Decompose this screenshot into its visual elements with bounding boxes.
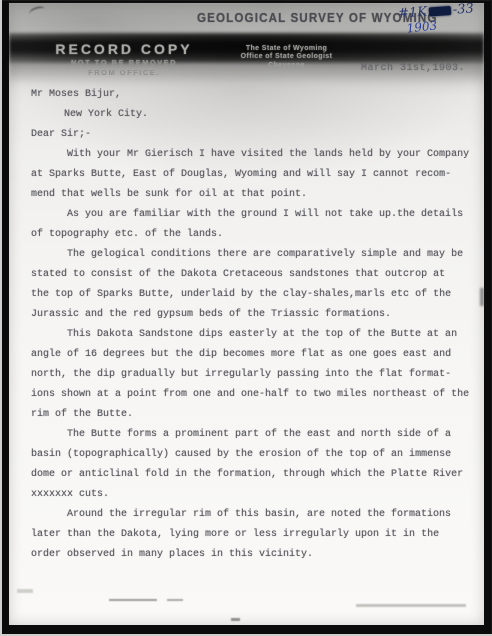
scan-streak <box>167 599 183 601</box>
recipient-name: Mr Moses Bijur, <box>31 85 468 105</box>
letter-line: This Dakota Sandstone dips easterly at t… <box>31 325 468 345</box>
letterhead-city: Cheyenne <box>234 62 339 69</box>
letter-line: xxxxxxx cuts. <box>31 485 468 505</box>
handwritten-annotation: #1K -33 1903 <box>398 4 474 34</box>
letterhead: The State of Wyoming Office of State Geo… <box>234 43 339 69</box>
letter-date: March 31st,1903. <box>361 63 465 74</box>
letter-line: The gelogical conditions there are compa… <box>31 245 468 265</box>
pen-squiggle-mark <box>28 5 46 19</box>
letter-line: stated to consist of the Dakota Cretaceo… <box>31 265 468 285</box>
stamp-line-3: FROM OFFICE. <box>39 68 209 77</box>
edge-smear <box>480 288 484 306</box>
letter-line: angle of 16 degrees but the dip becomes … <box>31 345 468 365</box>
letter-line: of topography etc. of the lands. <box>31 225 468 245</box>
scan-streak <box>231 618 240 621</box>
stamp-line-2: NOT TO BE REMOVED <box>39 58 209 67</box>
letter-line: dome or anticlinal fold in the formation… <box>31 465 468 485</box>
letter-line: ions shown at a point from one and one-h… <box>31 385 468 405</box>
letter-line: at Sparks Butte, East of Douglas, Wyomin… <box>31 165 468 185</box>
letter-line: With your Mr Gierisch I have visited the… <box>31 145 468 165</box>
letter-line: later than the Dakota, lying more or les… <box>31 525 468 545</box>
letter-line: The Butte forms a prominent part of the … <box>31 425 468 445</box>
letter-text: With your Mr Gierisch I have visited the… <box>31 145 468 565</box>
ink-blob <box>429 6 452 17</box>
letter-line: order observed in many places in this vi… <box>31 545 468 565</box>
salutation: Dear Sir;- <box>31 125 468 145</box>
letter-line: Around the irregular rim of this basin, … <box>31 505 468 525</box>
letter-line: mend that wells be sunk for oil at that … <box>31 185 468 205</box>
letter-body: Mr Moses Bijur, New York City. Dear Sir;… <box>31 85 468 565</box>
letter-line: rim of the Butte. <box>31 405 468 425</box>
scan-streak <box>17 589 33 593</box>
scanned-letter: GEOLOGICAL SURVEY OF WYOMING #1K -33 190… <box>0 0 492 636</box>
letterhead-state: The State of Wyoming <box>234 45 339 52</box>
letter-line: basin (topographically) caused by the er… <box>31 445 468 465</box>
letter-line: north, the dip gradually but irregularly… <box>31 365 468 385</box>
stamp-line-1: RECORD COPY <box>39 41 209 57</box>
record-copy-stamp: RECORD COPY NOT TO BE REMOVED FROM OFFIC… <box>39 41 209 77</box>
letter-line: As you are familiar with the ground I wi… <box>31 205 468 225</box>
letter-page: GEOLOGICAL SURVEY OF WYOMING #1K -33 190… <box>9 3 484 625</box>
letter-line: the top of Sparks Butte, underlaid by th… <box>31 285 468 305</box>
recipient-address: New York City. <box>31 105 468 125</box>
file-code-suffix: -33 <box>452 1 474 17</box>
letter-line: Jurassic and the red gypsum beds of the … <box>31 305 468 325</box>
scan-streak <box>356 604 466 607</box>
letterhead-office: Office of State Geologist <box>234 53 339 60</box>
scan-streak <box>109 599 157 601</box>
